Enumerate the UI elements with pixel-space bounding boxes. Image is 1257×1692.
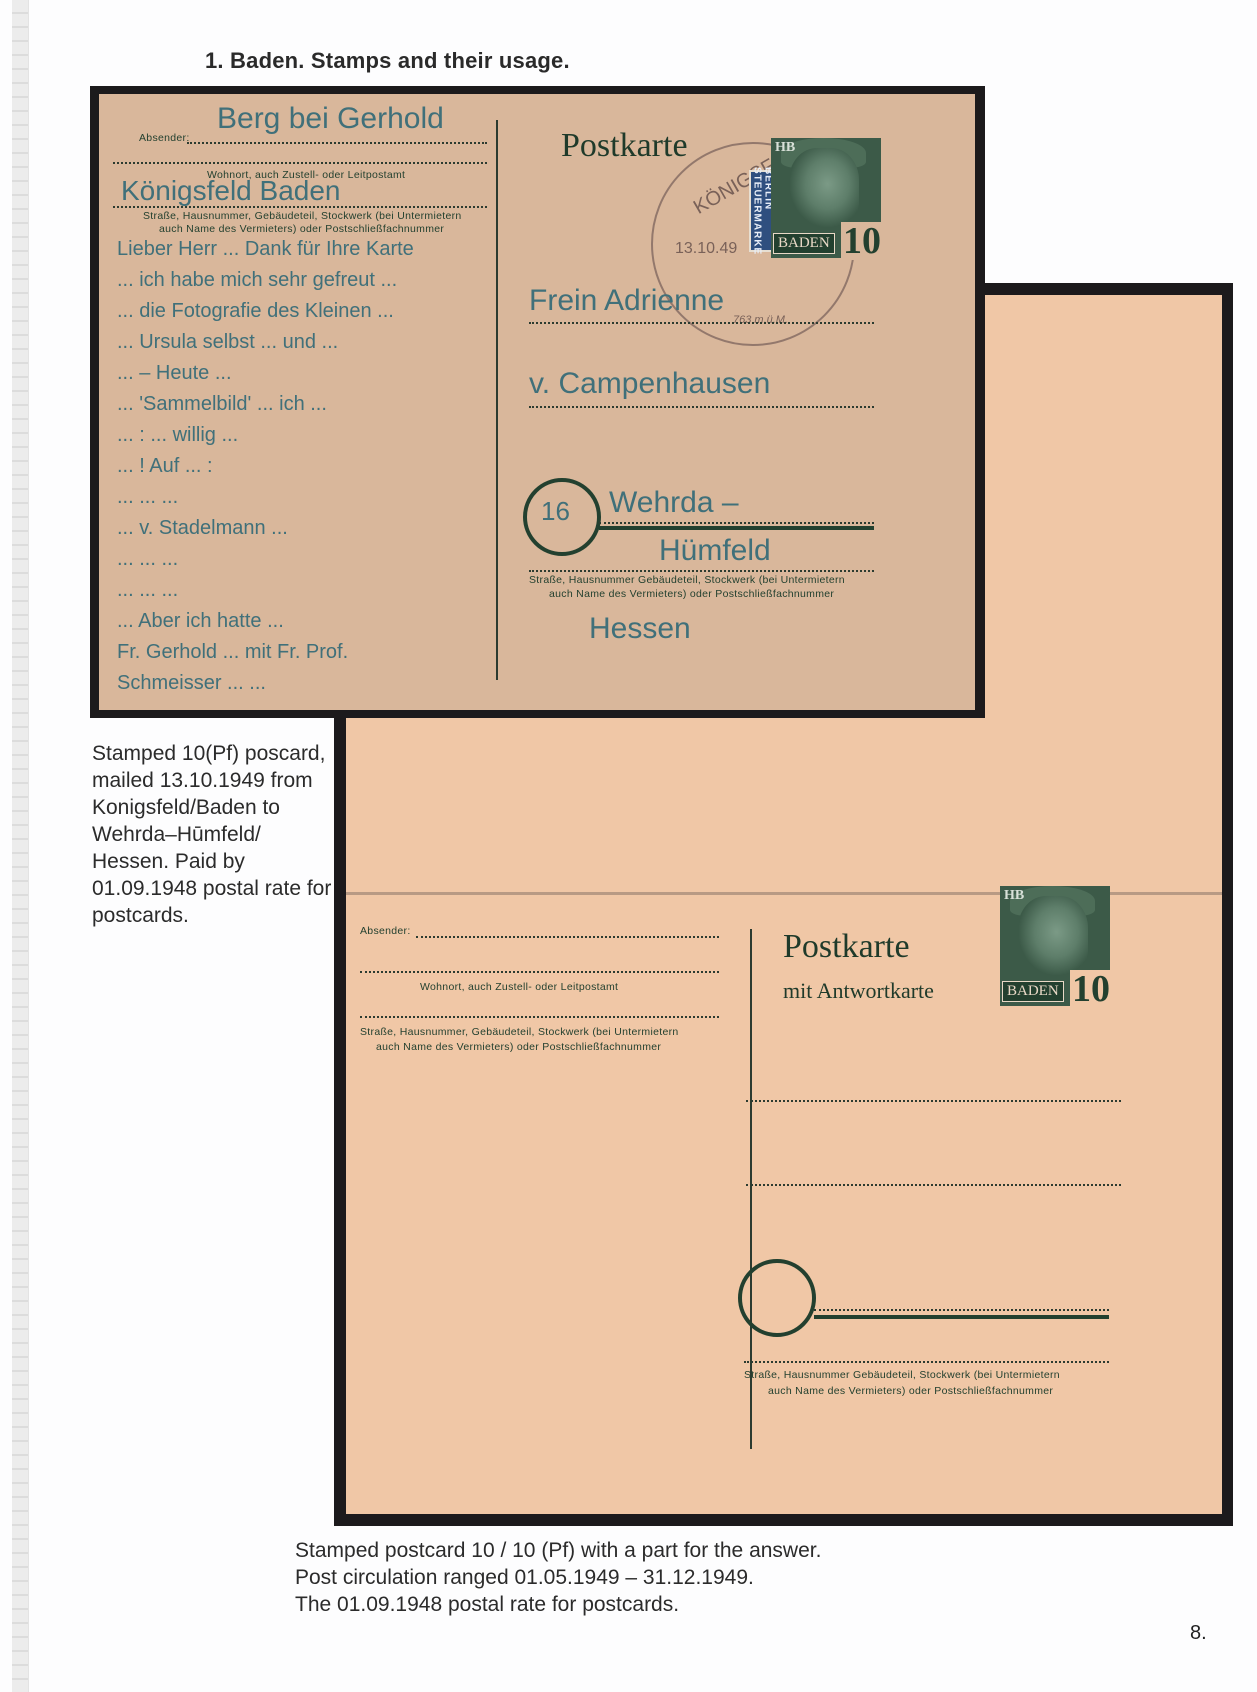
message-line: ... ... ... [117,482,487,513]
street-line [360,1016,719,1018]
residence-label: Wohnort, auch Zustell- oder Leitpostamt [420,981,618,993]
address-line-2 [746,1184,1121,1186]
stamp-portrait [1018,896,1088,976]
message-line: ... 'Sammelbild' ... ich ... [117,389,487,420]
destination-sub-handwritten: Hümfeld [659,536,771,566]
message-line: ... ... ... [117,544,487,575]
message-line: ... ich habe mich sehr gefreut ... [117,265,487,296]
address-line-1-handwritten: Frein Adrienne [529,286,724,316]
address-line-1 [746,1100,1121,1102]
page-title: 1. Baden. Stamps and their usage. [205,48,570,74]
message-line: ... Ursula selbst ... und ... [117,327,487,358]
postal-zone-circle: 16 [523,478,601,556]
street-label-1: Straße, Hausnummer, Gebäudeteil, Stockwe… [360,1026,679,1038]
binder-strip [12,0,29,1692]
sender-line [416,936,719,938]
address-line-1 [529,322,874,324]
postkarte-title: Postkarte [783,928,910,966]
postkarte-title: Postkarte [561,127,688,165]
caption-used-postcard: Stamped 10(Pf) poscard, mailed 13.10.194… [92,740,332,929]
city-dotted-line [599,522,874,524]
destination-city-handwritten: Wehrda – [609,488,739,518]
residence-handwritten: Königsfeld Baden [121,176,341,206]
caption-line-2: Post circulation ranged 01.05.1949 – 31.… [295,1564,975,1591]
postmark-altitude: 763 m.ü.M. [733,314,788,326]
street-line [113,206,487,208]
message-line: ... : ... willig ... [117,420,487,451]
baden-10-stamp: HB BADEN 10 [771,138,881,258]
message-line: Lieber Herr ... Dank für Ihre Karte [117,234,487,265]
postkarte-subtitle: mit Antwortkarte [783,978,934,1004]
caption-line-3: The 01.09.1948 postal rate for postcards… [295,1591,975,1618]
city-underline [599,526,874,530]
address-street-label-1: Straße, Hausnummer Gebäudeteil, Stockwer… [529,574,845,586]
sender-label: Absender: [139,132,190,144]
address-line-2 [529,406,874,408]
handwritten-message: Lieber Herr ... Dank für Ihre Karte... i… [117,234,487,710]
used-postcard: Absender: Berg bei Gerhold Wohnort, auch… [99,94,975,710]
address-street-label-2: auch Name des Vermieters) oder Postschli… [768,1385,1053,1397]
postal-zone-handwritten: 16 [541,496,570,526]
message-line: Fr. Gerhold ... mit Fr. Prof. [117,637,487,668]
divider-line [496,120,498,680]
sender-line [187,142,487,144]
stamp-value: 10 [1070,970,1112,1008]
message-line: ... Aber ich hatte ... [117,606,487,637]
message-line: ... v. Stadelmann ... [117,513,487,544]
message-line: ... die Fotografie des Kleinen ... [117,296,487,327]
page-number: 8. [1190,1622,1207,1645]
message-line: Schmeisser ... ... [117,668,487,699]
sender-label: Absender: [360,925,411,937]
address-street-label-2: auch Name des Vermieters) oder Postschli… [549,588,834,600]
address-street-line [744,1361,1109,1363]
caption-reply-postcard: Stamped postcard 10 / 10 (Pf) with a par… [295,1537,975,1618]
street-label-2: auch Name des Vermieters) oder Postschli… [376,1041,661,1053]
baden-10-stamp: HB BADEN 10 [1000,886,1110,1006]
message-line: ... – Heute ... [117,358,487,389]
message-line: ... ... ... [117,699,487,710]
stamp-monogram: HB [775,140,795,156]
sender-handwritten: Berg bei Gerhold [217,104,444,134]
stamp-country: BADEN [1002,981,1064,1002]
address-street-label-1: Straße, Hausnummer Gebäudeteil, Stockwer… [744,1369,1060,1381]
caption-line-1: Stamped postcard 10 / 10 (Pf) with a par… [295,1537,975,1564]
message-line: ... ! Auf ... : [117,451,487,482]
residence-line [113,162,487,164]
destination-region-handwritten: Hessen [589,614,691,644]
city-dotted-line [814,1309,1109,1311]
used-postcard-frame: Absender: Berg bei Gerhold Wohnort, auch… [90,86,985,718]
address-street-line [529,570,874,572]
stamp-country: BADEN [773,233,835,254]
stamp-value: 10 [841,222,883,260]
stamp-portrait [789,148,859,228]
address-line-2-handwritten: v. Campenhausen [529,369,770,399]
city-underline [814,1315,1109,1319]
postal-zone-circle [738,1259,816,1337]
stamp-monogram: HB [1004,888,1024,904]
message-line: ... ... ... [117,575,487,606]
postmark-date: 13.10.49 [675,240,737,258]
street-label-1: Straße, Hausnummer, Gebäudeteil, Stockwe… [143,210,462,222]
residence-line [360,971,719,973]
